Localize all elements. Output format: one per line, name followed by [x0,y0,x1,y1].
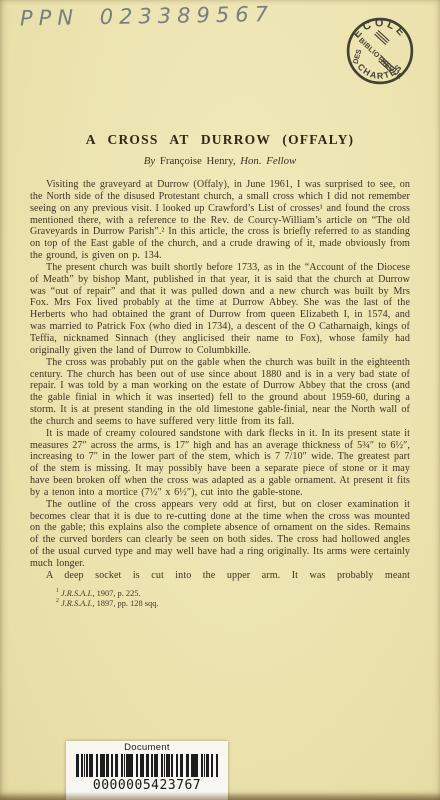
article-body: Visiting the graveyard at Durrow (Offaly… [30,179,410,582]
stamp-top-text: ECOLE [351,17,409,40]
paragraph: It is made of creamy coloured sandstone … [30,428,410,499]
barcode [76,754,218,777]
stamp-left-text: DES [351,48,364,65]
footnote: 2 J.R.S.A.I., 1897, pp. 128 sqq. [56,599,410,610]
library-stamp: ECOLE CHARTES DES BIBLIOTHEQUE [344,15,416,87]
scanned-page: PPN 023389567 ECOLE CHARTES DES BIBLIOTH… [0,0,440,800]
byline-by: By [144,155,155,167]
footnote-journal: J.R.S.A.I., [61,589,95,598]
footnote-journal: J.R.S.A.I., [61,599,95,608]
paragraph: Visiting the graveyard at Durrow (Offaly… [30,179,410,262]
footnotes: 1 J.R.S.A.I., 1907, p. 225. 2 J.R.S.A.I.… [56,589,410,610]
barcode-label-title: Document [66,741,228,753]
footnote-text: 1907, p. 225. [97,589,141,598]
article: A CROSS AT DURROW (OFFALY) By Françoise … [30,118,410,610]
paragraph: The cross was probably put on the gable … [30,357,410,428]
footnote: 1 J.R.S.A.I., 1907, p. 225. [56,589,410,600]
barcode-label: Document 0000005423767 [66,741,228,800]
handwritten-shelfmark: PPN 023389567 [20,2,300,31]
footnote-marker: 2 [56,598,59,604]
paragraph: The outline of the cross appears very od… [30,499,410,570]
byline-author: Françoise Henry, [160,155,236,167]
paragraph: A deep socket is cut into the upper arm.… [30,570,410,582]
footnote-marker: 1 [56,588,59,594]
stamp-hatch-top [375,30,390,44]
byline-honorific: Hon. Fellow [240,155,296,167]
paragraph: The present church was built shortly bef… [30,262,410,357]
article-title: A CROSS AT DURROW (OFFALY) [30,118,410,148]
barcode-number: 0000005423767 [66,778,228,793]
byline: By Françoise Henry, Hon. Fellow [30,155,410,167]
footnote-text: 1897, pp. 128 sqq. [97,599,159,608]
